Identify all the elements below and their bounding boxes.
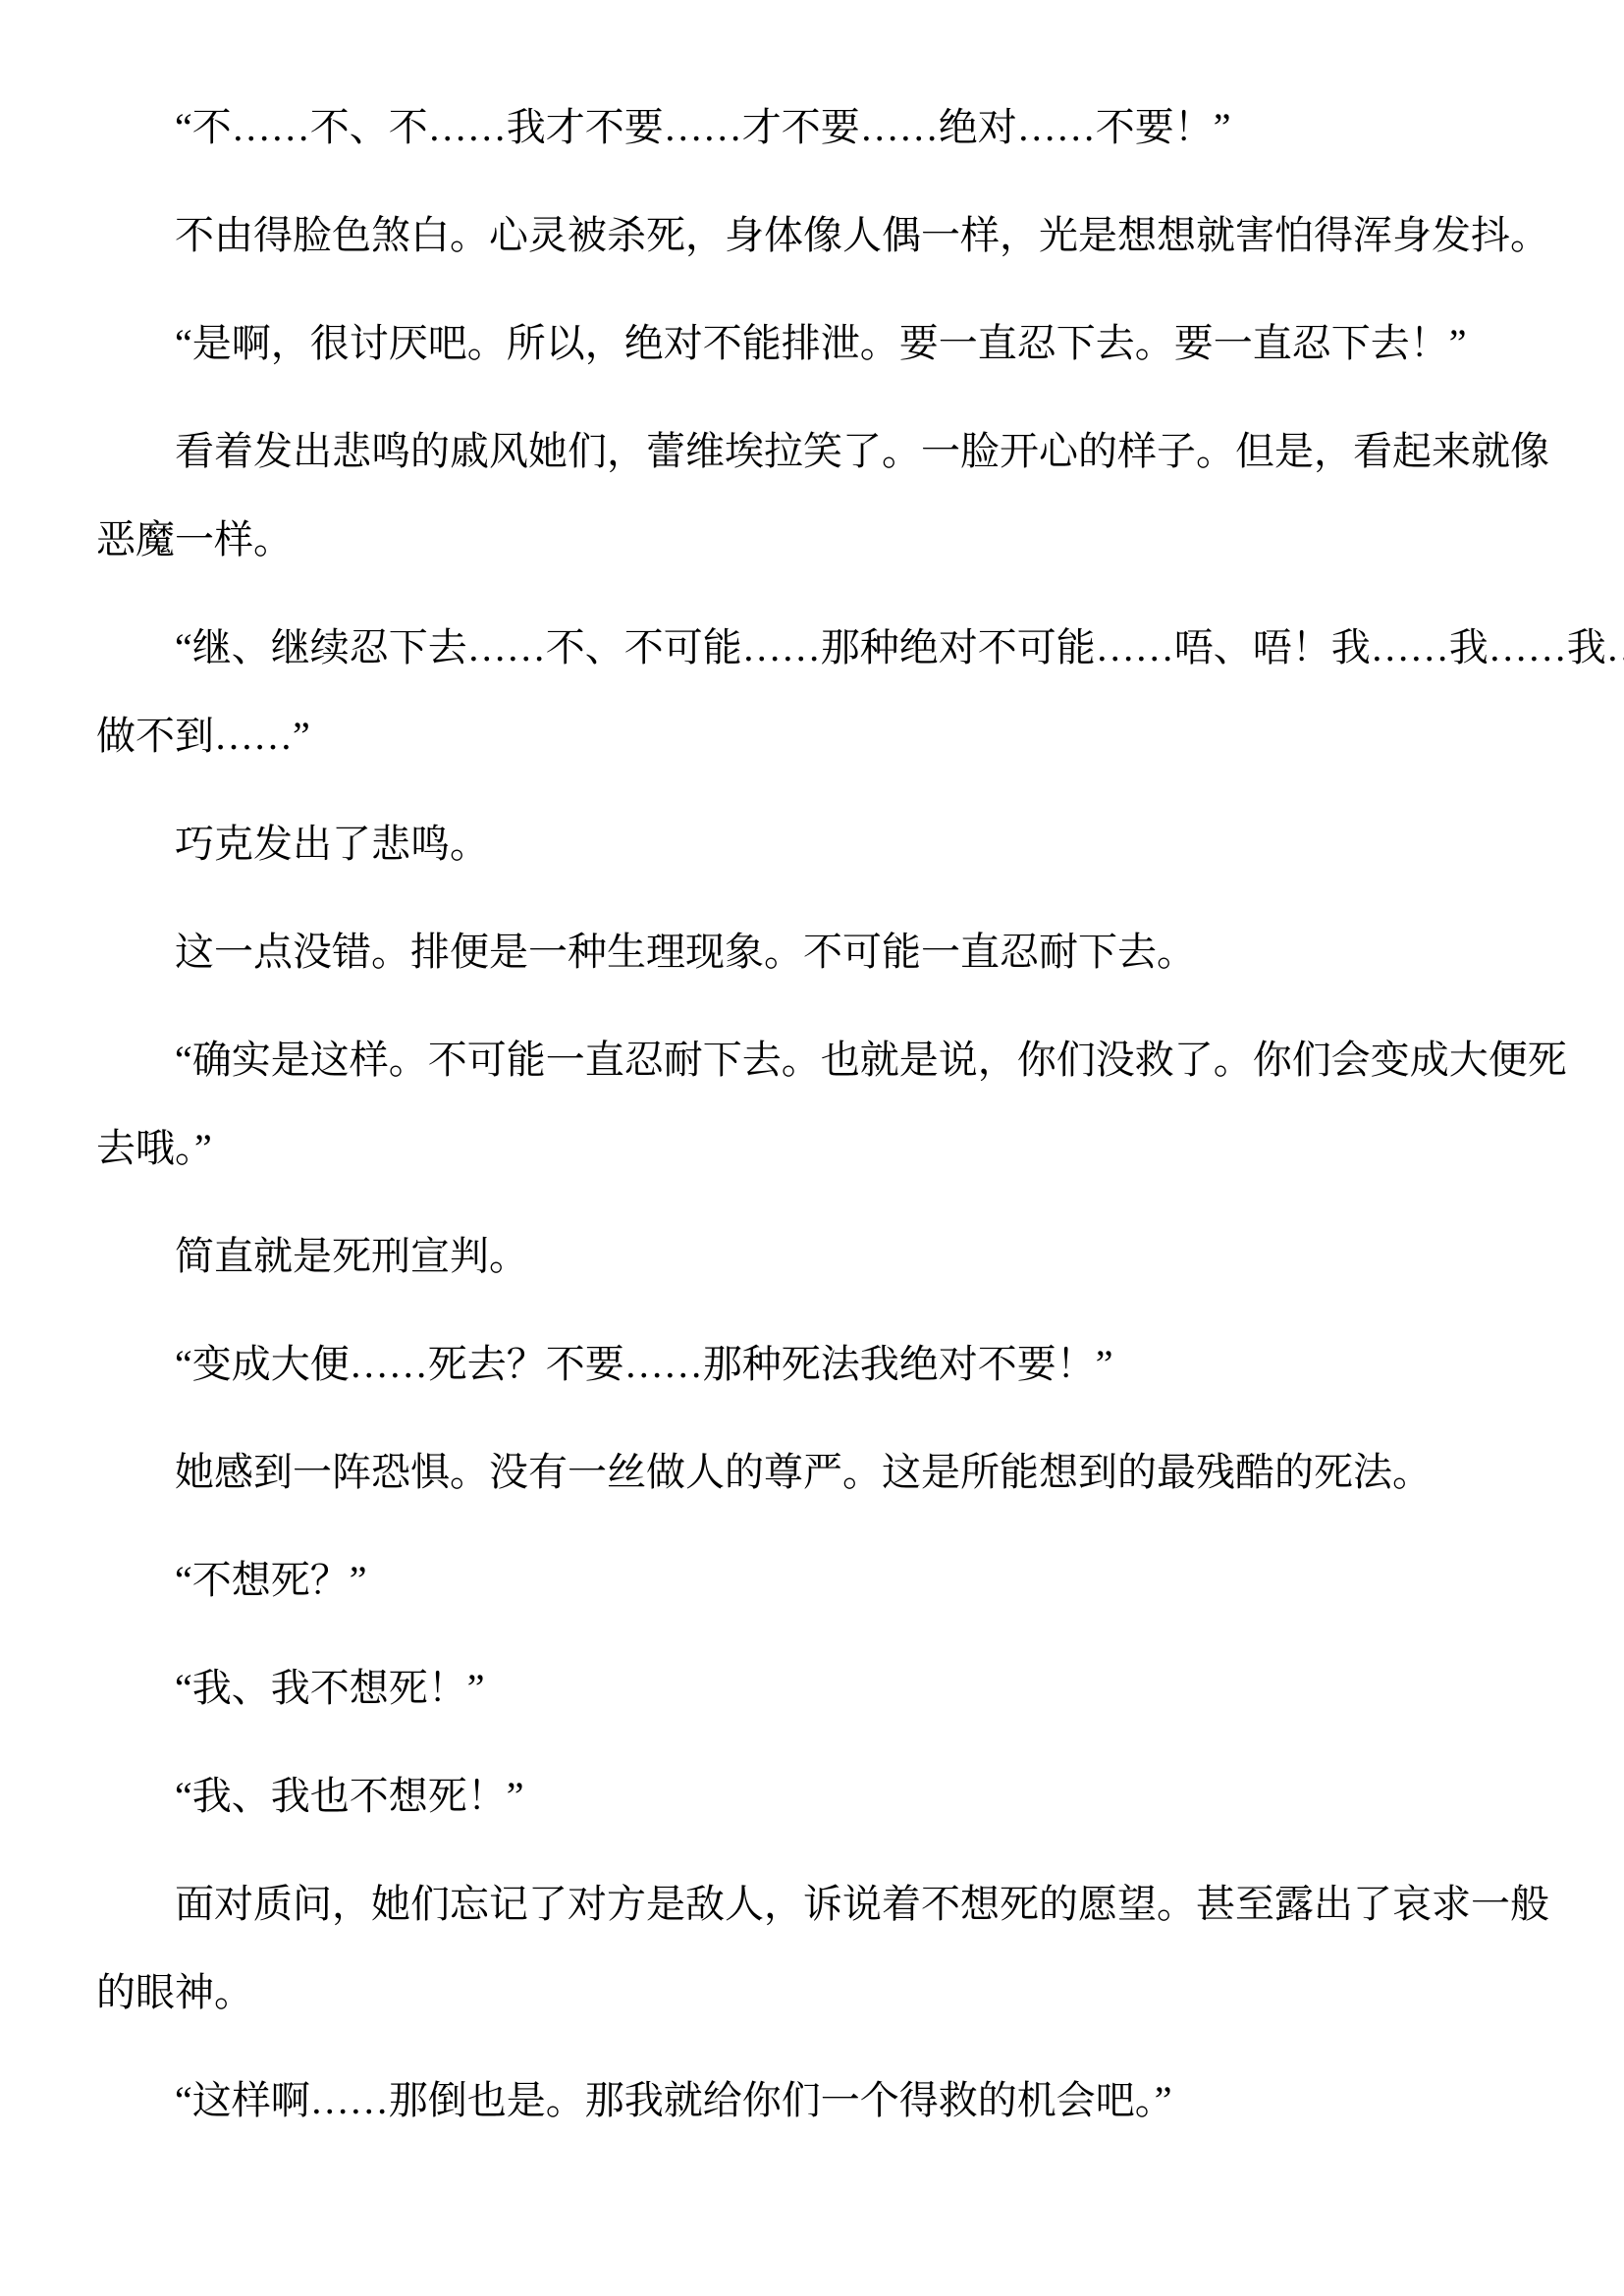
paragraph: 她感到一阵恐惧。没有一丝做人的尊严。这是所能想到的最残酷的死法。	[96, 1428, 1565, 1517]
paragraph: “我、我也不想死！”	[96, 1752, 1565, 1841]
paragraph: 面对质问，她们忘记了对方是敌人，诉说着不想死的愿望。甚至露出了哀求一般 的眼神。	[96, 1860, 1565, 2037]
paragraph: 看着发出悲鸣的戚风她们，蕾维埃拉笑了。一脸开心的样子。但是，看起来就像 恶魔一样…	[96, 407, 1565, 584]
paragraph-line: 巧克发出了悲鸣。	[96, 800, 1565, 888]
paragraph: “是啊，很讨厌吧。所以，绝对不能排泄。要一直忍下去。要一直忍下去！”	[96, 299, 1565, 388]
paragraph: 这一点没错。排便是一种生理现象。不可能一直忍耐下去。	[96, 908, 1565, 996]
paragraph-line: “是啊，很讨厌吧。所以，绝对不能排泄。要一直忍下去。要一直忍下去！”	[96, 299, 1565, 388]
paragraph: “不……不、不……我才不要……才不要……绝对……不要！”	[96, 83, 1565, 172]
paragraph: “确实是这样。不可能一直忍耐下去。也就是说，你们没救了。你们会变成大便死 去哦。…	[96, 1016, 1565, 1193]
paragraph-line: 这一点没错。排便是一种生理现象。不可能一直忍耐下去。	[96, 908, 1565, 996]
paragraph-line-continuation: 去哦。”	[96, 1104, 1565, 1193]
paragraph-line: “我、我不想死！”	[96, 1644, 1565, 1733]
document-page: “不……不、不……我才不要……才不要……绝对……不要！” 不由得脸色煞白。心灵被…	[0, 0, 1624, 2296]
paragraph-line: “变成大便……死去？不要……那种死法我绝对不要！”	[96, 1320, 1565, 1409]
paragraph: “不想死？”	[96, 1536, 1565, 1625]
paragraph: “变成大便……死去？不要……那种死法我绝对不要！”	[96, 1320, 1565, 1409]
paragraph-line: 不由得脸色煞白。心灵被杀死，身体像人偶一样，光是想想就害怕得浑身发抖。	[96, 191, 1565, 280]
paragraph: 不由得脸色煞白。心灵被杀死，身体像人偶一样，光是想想就害怕得浑身发抖。	[96, 191, 1565, 280]
paragraph-line: 面对质问，她们忘记了对方是敌人，诉说着不想死的愿望。甚至露出了哀求一般	[96, 1860, 1565, 1949]
paragraph: “我、我不想死！”	[96, 1644, 1565, 1733]
paragraph-line: “我、我也不想死！”	[96, 1752, 1565, 1841]
paragraph-line: 简直就是死刑宣判。	[96, 1212, 1565, 1301]
paragraph-line: “确实是这样。不可能一直忍耐下去。也就是说，你们没救了。你们会变成大便死	[96, 1016, 1565, 1104]
paragraph-line: “不想死？”	[96, 1536, 1565, 1625]
paragraph-line: “这样啊……那倒也是。那我就给你们一个得救的机会吧。”	[96, 2056, 1565, 2145]
paragraph: “这样啊……那倒也是。那我就给你们一个得救的机会吧。”	[96, 2056, 1565, 2145]
paragraph-line-continuation: 恶魔一样。	[96, 496, 1565, 584]
paragraph-list: “不……不、不……我才不要……才不要……绝对……不要！” 不由得脸色煞白。心灵被…	[96, 83, 1565, 2145]
paragraph-line: “继、继续忍下去……不、不可能……那种绝对不可能……唔、唔！我……我……我……	[96, 604, 1565, 692]
paragraph-line: 看着发出悲鸣的戚风她们，蕾维埃拉笑了。一脸开心的样子。但是，看起来就像	[96, 407, 1565, 496]
paragraph: 巧克发出了悲鸣。	[96, 800, 1565, 888]
paragraph-line-continuation: 做不到……”	[96, 692, 1565, 780]
paragraph-line: “不……不、不……我才不要……才不要……绝对……不要！”	[96, 83, 1565, 172]
paragraph: “继、继续忍下去……不、不可能……那种绝对不可能……唔、唔！我……我……我…… …	[96, 604, 1565, 780]
paragraph-line: 她感到一阵恐惧。没有一丝做人的尊严。这是所能想到的最残酷的死法。	[96, 1428, 1565, 1517]
paragraph-line-continuation: 的眼神。	[96, 1949, 1565, 2037]
paragraph: 简直就是死刑宣判。	[96, 1212, 1565, 1301]
